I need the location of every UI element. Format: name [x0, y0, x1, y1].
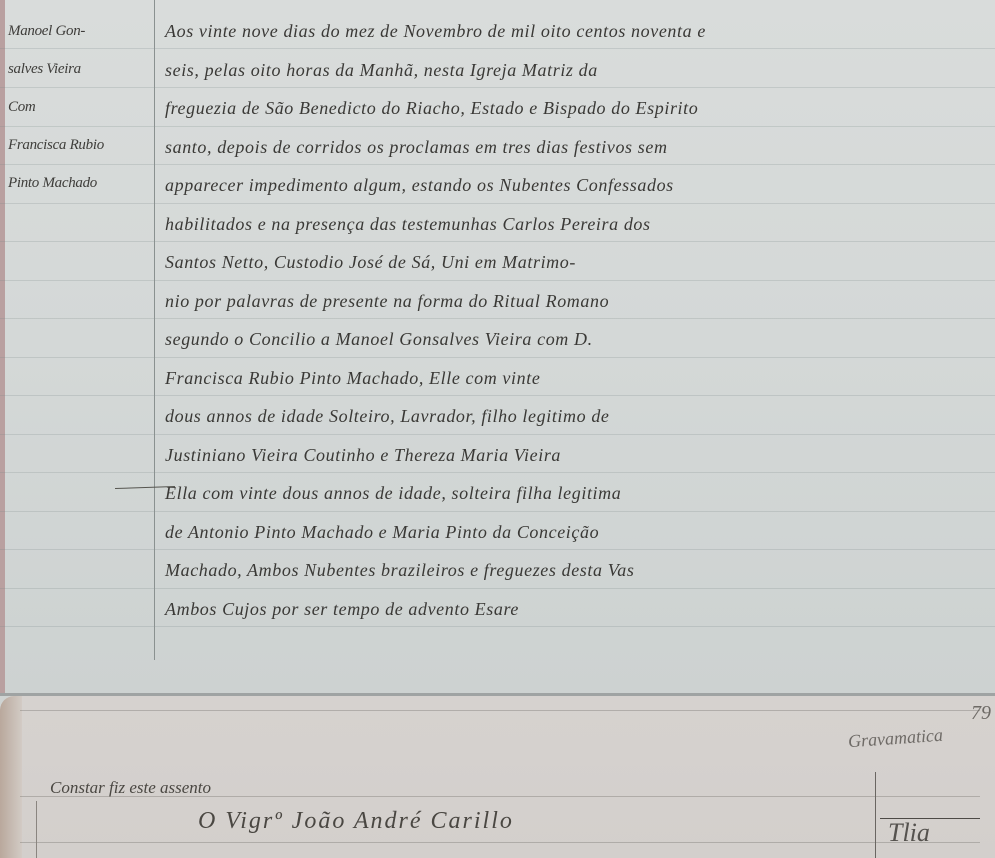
record-line: Ella com vinte dous annos de idade, solt… — [165, 474, 990, 513]
record-line: santo, depois de corridos os proclamas e… — [165, 128, 990, 167]
record-line: apparecer impedimento algum, estando os … — [165, 166, 990, 205]
margin-rule — [154, 0, 155, 660]
bottom-register-page: 79 Gravamatica Constar fiz este assento … — [0, 696, 995, 858]
margin-note-line: Francisca Rubio — [8, 126, 153, 164]
record-line: Justiniano Vieira Coutinho e Thereza Mar… — [165, 436, 990, 475]
record-line: de Antonio Pinto Machado e Maria Pinto d… — [165, 513, 990, 552]
margin-note: Manoel Gon- salves Vieira Com Francisca … — [8, 12, 153, 202]
top-register-page: Manoel Gon- salves Vieira Com Francisca … — [0, 0, 995, 693]
record-line: Aos vinte nove dias do mez de Novembro d… — [165, 12, 990, 51]
record-line: seis, pelas oito horas da Manhã, nesta I… — [165, 51, 990, 90]
record-line: Machado, Ambos Nubentes brazileiros e fr… — [165, 551, 990, 590]
record-line: Ambos Cujos por ser tempo de advento Esa… — [165, 590, 990, 629]
page-edge — [0, 0, 5, 693]
record-line: habilitados e na presença das testemunha… — [165, 205, 990, 244]
ruled-line — [20, 710, 980, 711]
page-number: 79 — [971, 702, 991, 725]
record-line: Santos Netto, Custodio José de Sá, Uni e… — [165, 243, 990, 282]
record-line: dous annos de idade Solteiro, Lavrador, … — [165, 397, 990, 436]
margin-note-line: Pinto Machado — [8, 164, 153, 202]
margin-note-line: salves Vieira — [8, 50, 153, 88]
record-body: Aos vinte nove dias do mez de Novembro d… — [165, 12, 990, 628]
record-line: segundo o Concilio a Manoel Gonsalves Vi… — [165, 320, 990, 359]
margin-rule — [36, 801, 37, 858]
record-line: Francisca Rubio Pinto Machado, Elle com … — [165, 359, 990, 398]
column-rule — [875, 772, 876, 858]
record-line: nio por palavras de presente na forma do… — [165, 282, 990, 321]
page-header-word: Gravamatica — [847, 725, 943, 753]
margin-note-line: Manoel Gon- — [8, 12, 153, 50]
closing-statement: Constar fiz este assento — [50, 778, 211, 798]
ruled-line — [20, 842, 980, 843]
margin-note-line: Com — [8, 88, 153, 126]
record-line: freguezia de São Benedicto do Riacho, Es… — [165, 89, 990, 128]
vicar-signature: O Vigrº João André Carillo — [198, 808, 514, 835]
right-column-text: Tlia — [888, 818, 930, 848]
page-curl — [0, 696, 22, 858]
